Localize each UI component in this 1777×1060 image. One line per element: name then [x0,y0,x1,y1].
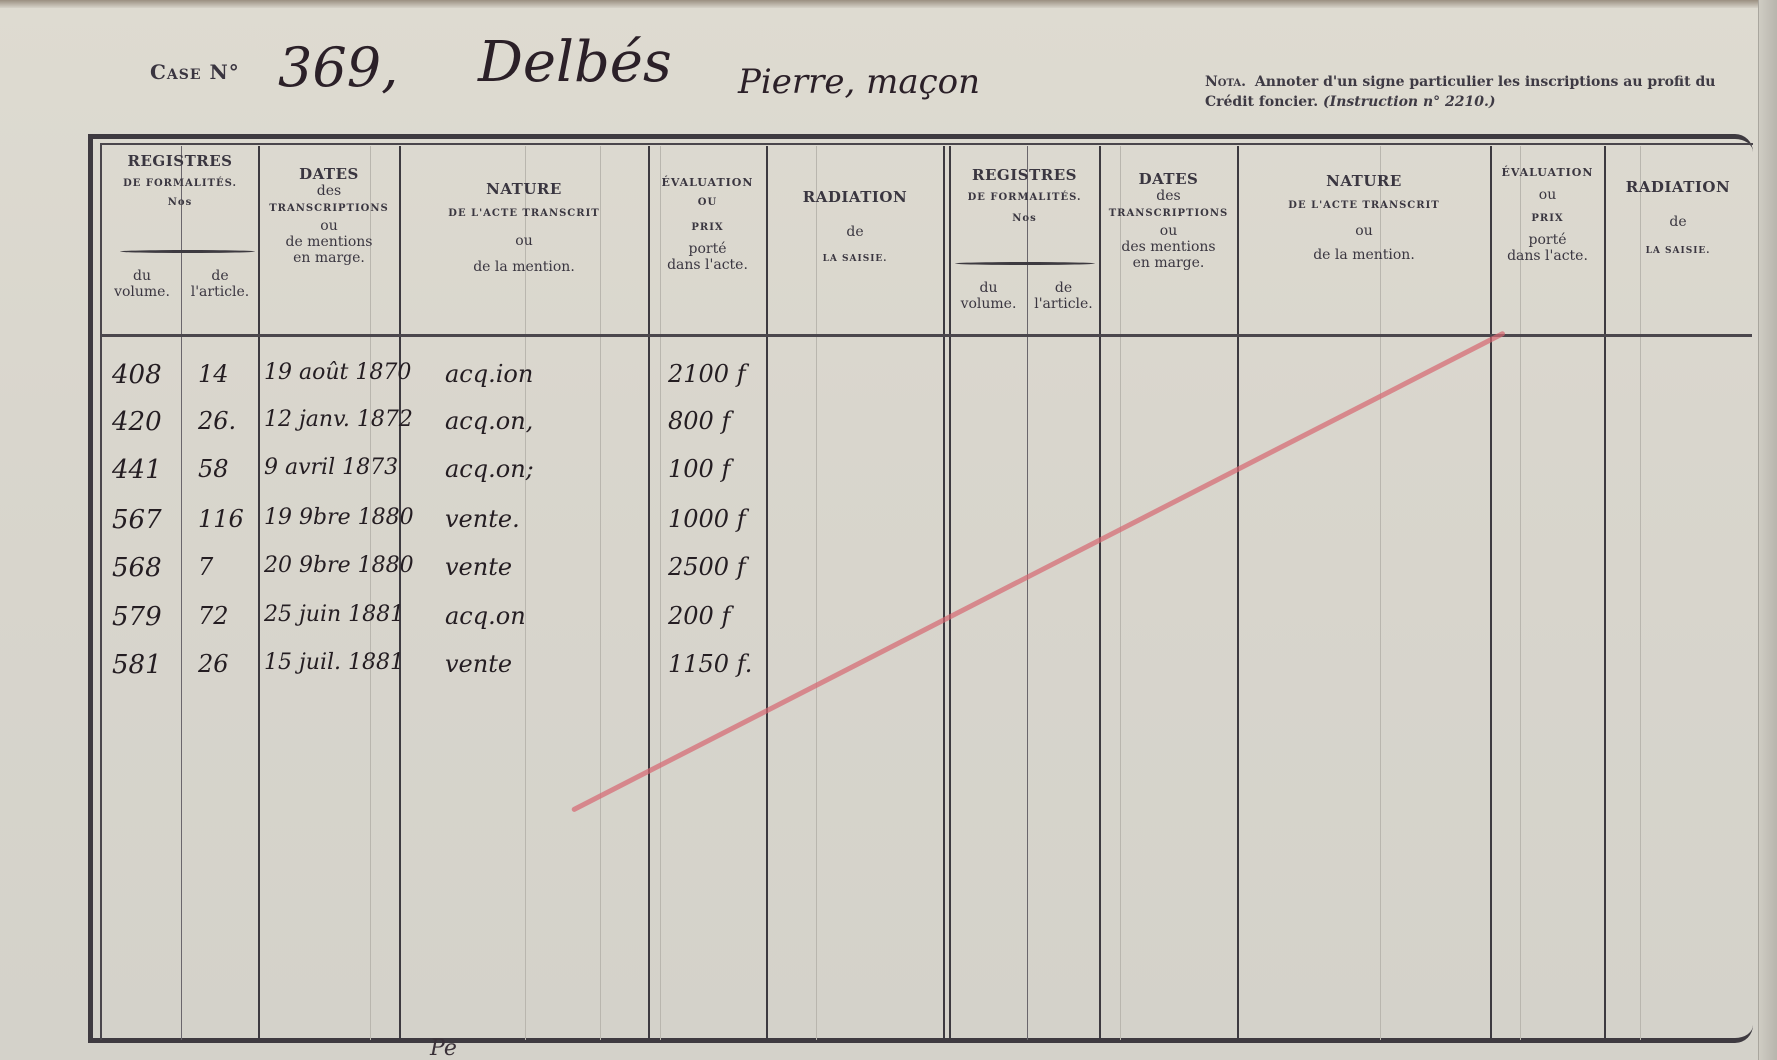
page-top-edge [0,0,1777,8]
rule-faint [600,146,601,1040]
entry-date: 25 juin 1881 [264,602,404,627]
entry-article: 26. [198,407,236,435]
entry-article: 58 [198,455,229,483]
entry-evaluation: 100 f [668,455,730,483]
entry-volume: 408 [112,360,162,390]
rule-registres-left [258,146,260,1040]
entry-row: 579 72 25 juin 1881 acq.on 200 f [0,602,800,642]
entry-volume: 420 [112,407,162,437]
entry-article: 14 [198,360,229,388]
rule-eval-right [1604,146,1606,1040]
entry-row: 568 7 20 9bre 1880 vente 2500 f [0,553,800,593]
rule-eval-left [766,146,768,1040]
entry-row: 420 26. 12 janv. 1872 acq.on, 800 f [0,407,800,447]
entry-nature: acq.on, [445,407,533,435]
entry-nature: vente. [445,505,520,533]
entry-volume: 579 [112,602,162,632]
rule-faint [370,146,371,1040]
case-label: Case N° [150,60,240,84]
entry-date: 19 9bre 1880 [264,505,414,530]
header-registres-right: REGISTRES DE FORMALITÉS. Nos [951,166,1098,224]
rule-faint [525,146,526,1040]
entry-date: 19 août 1870 [264,360,411,385]
owner-surname: Delbés [478,30,672,95]
entry-evaluation: 2500 f [668,553,746,581]
header-evaluation-right: ÉVALUATION ou PRIX porté dans l'acte. [1492,166,1603,264]
rule-nature-left [648,146,650,1040]
entry-row: 581 26 15 juil. 1881 vente 1150 f. [0,650,800,690]
header-evaluation-left: ÉVALUATION OU PRIX porté dans l'acte. [650,176,765,273]
entry-article: 7 [198,553,213,581]
entry-nature: acq.on [445,602,526,630]
header-article-left: de l'article. [183,268,257,300]
entry-evaluation: 1000 f [668,505,746,533]
rule-faint [1380,146,1381,1040]
entry-volume: 567 [112,505,162,535]
entry-date: 9 avril 1873 [264,455,398,480]
entry-date: 15 juil. 1881 [264,650,404,675]
header-article-right: de l'article. [1029,280,1098,312]
nota-instruction: (Instruction n° 2210.) [1323,94,1495,110]
entry-evaluation: 1150 f. [668,650,752,678]
entry-evaluation: 2100 f [668,360,746,388]
entry-article: 72 [198,602,229,630]
rule-faint [1120,146,1121,1040]
entry-article: 116 [198,505,244,533]
rule-nature-right [1490,146,1492,1040]
header-radiation-right: RADIATION de LA SAISIE. [1606,178,1750,256]
entry-volume: 441 [112,455,162,485]
rule-faint [1640,146,1641,1040]
entry-volume: 568 [112,553,162,583]
bottom-scrawl: Pe [430,1036,457,1060]
entry-nature: acq.on; [445,455,534,483]
rule-dates-right [1237,146,1239,1040]
header-volume-left: du volume. [104,268,180,300]
header-dates-left: DATES des TRANSCRIPTIONS ou de mentions … [260,165,398,266]
header-radiation-left: RADIATION de LA SAISIE. [768,188,942,264]
entry-volume: 581 [112,650,162,680]
rule-faint [660,146,661,1040]
header-dates-right: DATES des TRANSCRIPTIONS ou des mentions… [1101,170,1236,271]
entry-nature: vente [445,553,512,581]
case-number: 369, [278,36,398,99]
page-right-edge [1758,0,1777,1060]
header-nature-left: NATURE DE L'ACTE TRANSCRIT ou de la ment… [401,180,647,275]
entry-nature: acq.ion [445,360,533,388]
header-volume-right: du volume. [951,280,1026,312]
rule-vol-art-right [1027,146,1028,1040]
header-nature-right: NATURE DE L'ACTE TRANSCRIT ou de la ment… [1239,172,1489,263]
entry-article: 26 [198,650,229,678]
entry-evaluation: 200 f [668,602,730,630]
registres-brace-left [120,250,255,253]
ledger-page: Case N° 369, Delbés Pierre, maçon Nota. … [0,0,1777,1060]
entry-row: 567 116 19 9bre 1880 vente. 1000 f [0,505,800,545]
entry-date: 12 janv. 1872 [264,407,413,432]
rule-faint [1520,146,1521,1040]
entry-evaluation: 800 f [668,407,730,435]
entry-row: 408 14 19 août 1870 acq.ion 2100 f [0,360,800,400]
nota-block: Nota. Annoter d'un signe particulier les… [1205,72,1725,112]
rule-vol-art-left [181,146,182,1040]
rule-dates-left [399,146,401,1040]
header-registres-left: REGISTRES DE FORMALITÉS. Nos [104,152,256,208]
owner-given-and-trade: Pierre, maçon [738,62,980,102]
rule-center-double-a [943,146,945,1040]
rule-faint [816,146,817,1040]
registres-brace-right [955,262,1095,265]
nota-label: Nota. [1205,74,1246,90]
rule-registres-right [1099,146,1101,1040]
entry-date: 20 9bre 1880 [264,553,414,578]
entry-row: 441 58 9 avril 1873 acq.on; 100 f [0,455,800,495]
entry-nature: vente [445,650,512,678]
